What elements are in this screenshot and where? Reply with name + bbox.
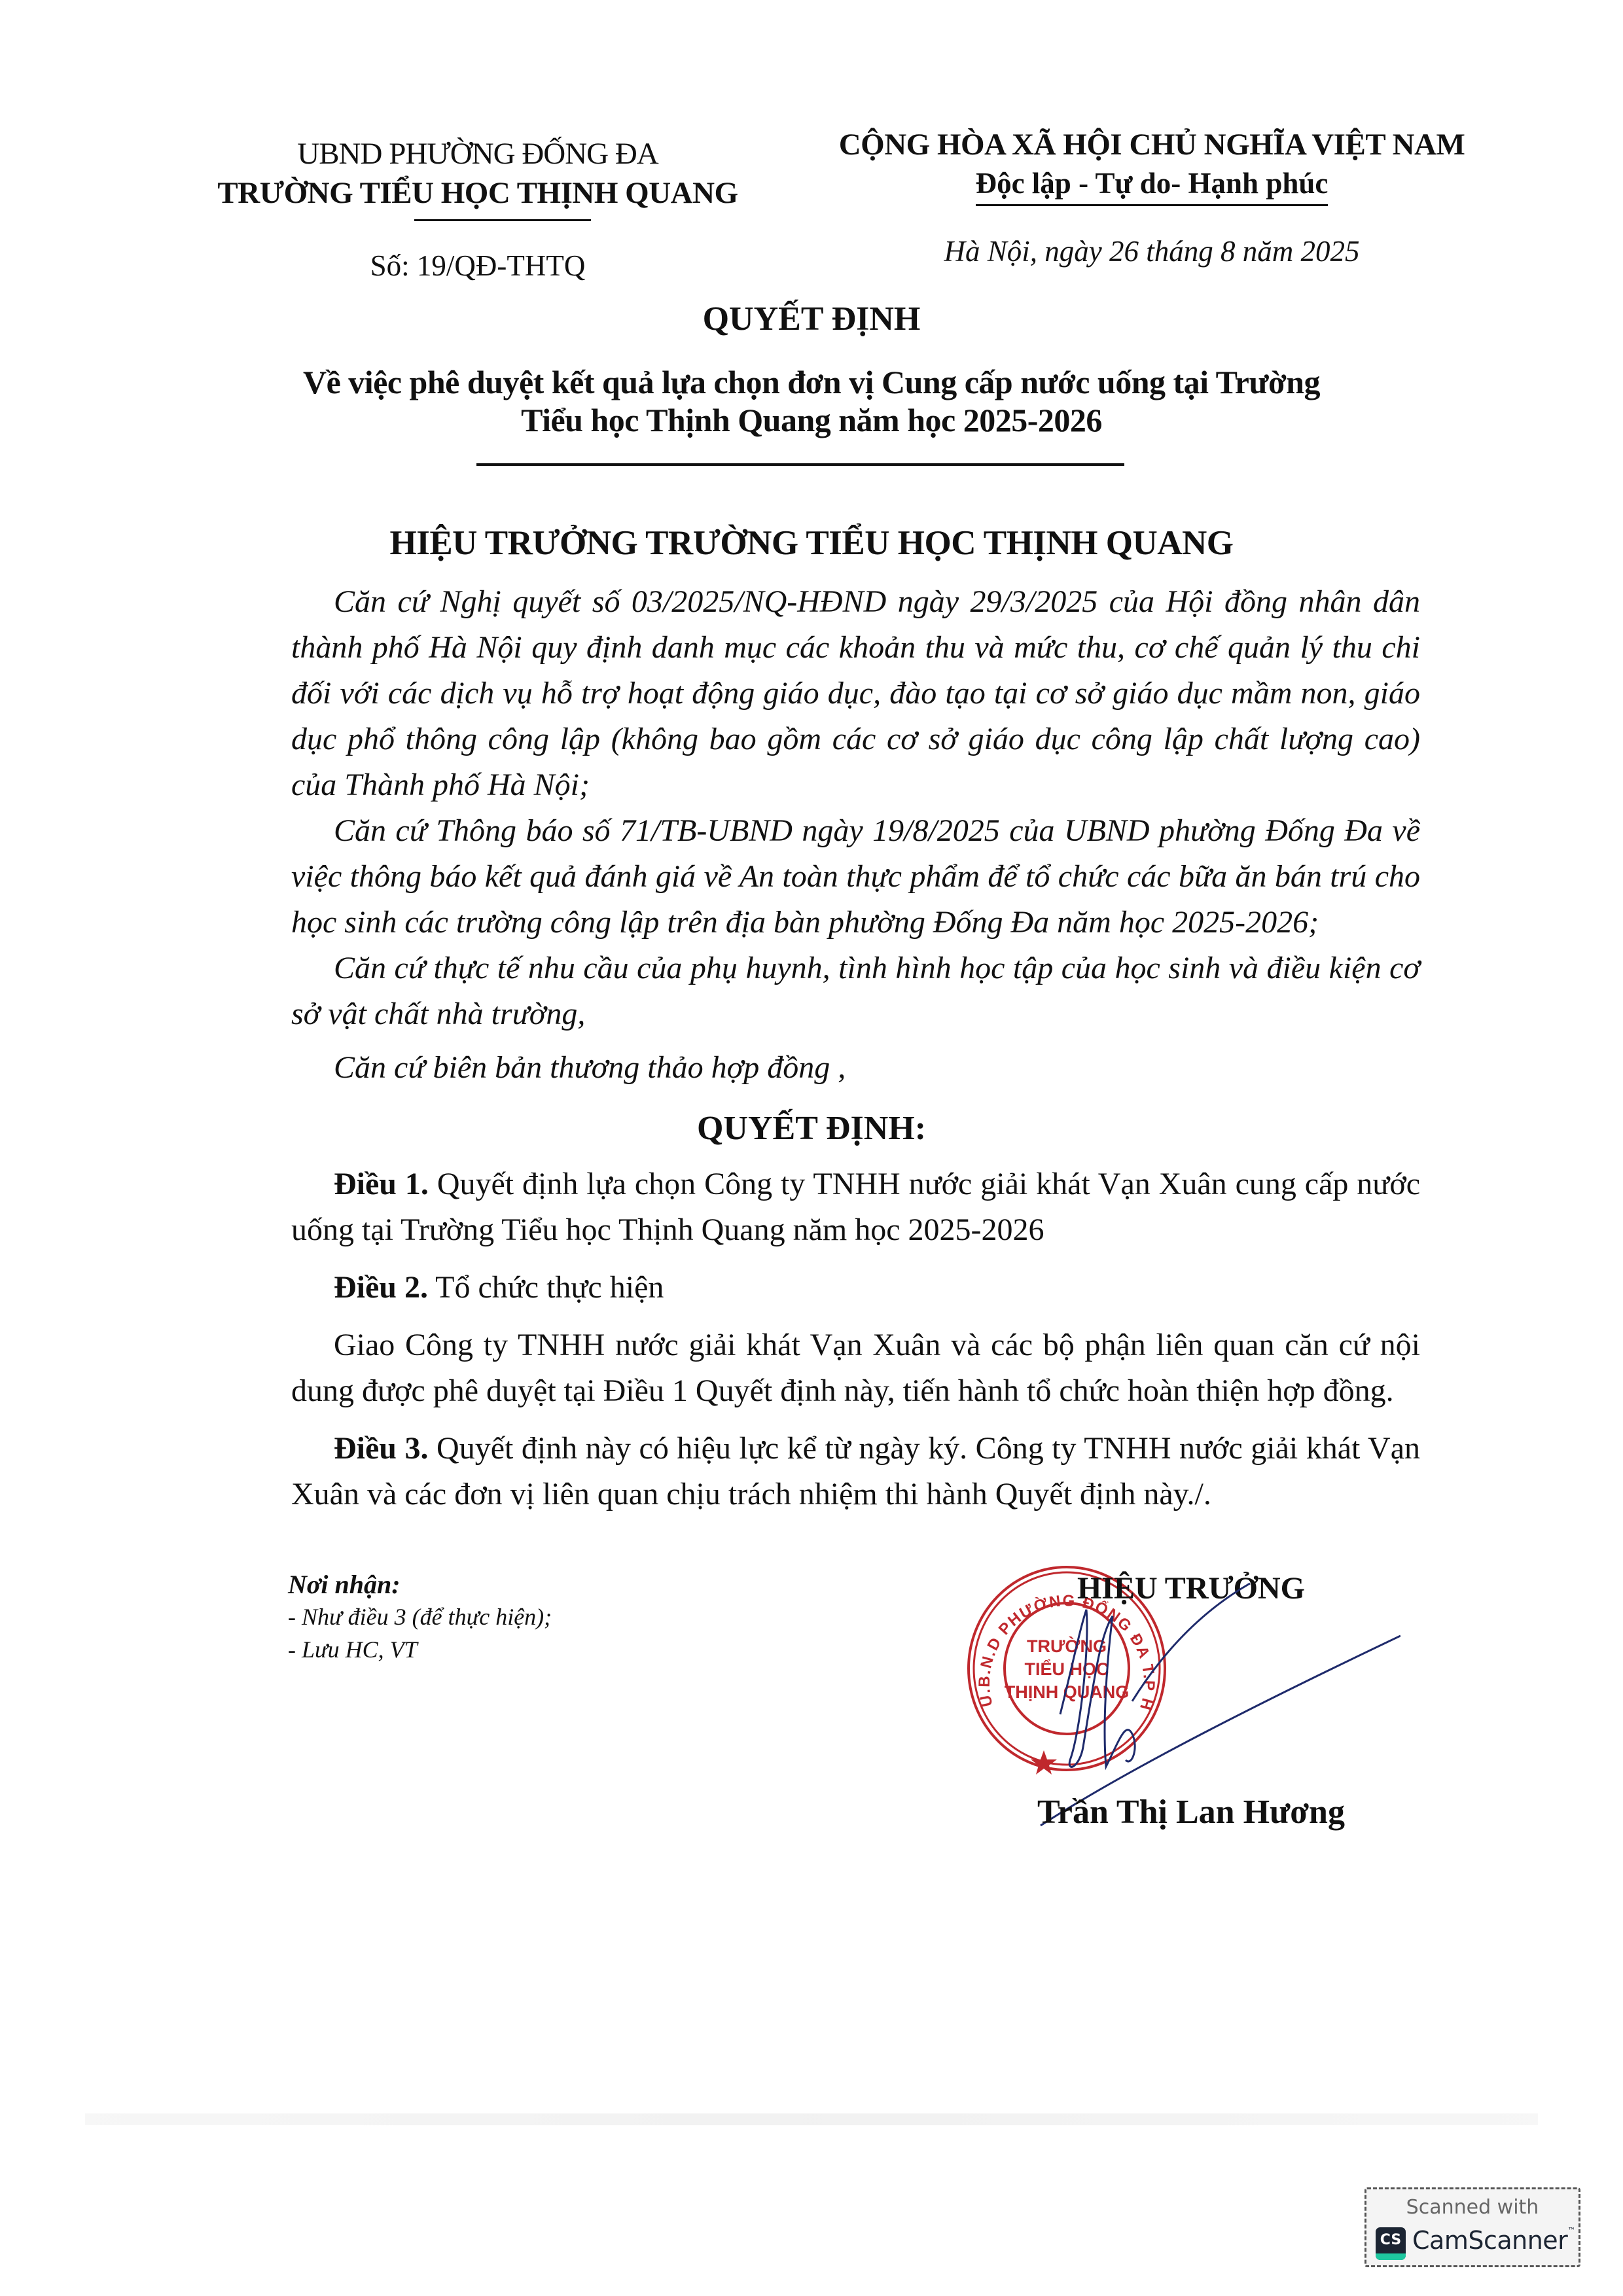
basis-item: Căn cứ Nghị quyết số 03/2025/NQ-HĐND ngà…	[291, 579, 1420, 808]
agency-underline	[414, 219, 591, 221]
basis-item: Căn cứ thực tế nhu cầu của phụ huynh, tì…	[291, 945, 1420, 1037]
article-label: Điều 2.	[334, 1270, 428, 1305]
document-title: QUYẾT ĐỊNH	[196, 300, 1427, 338]
camscanner-logo-icon: CS	[1376, 2227, 1406, 2260]
camscanner-watermark: Scanned with CS CamScanner™	[1364, 2187, 1580, 2267]
recipients-heading: Nơi nhận:	[288, 1569, 746, 1600]
article-text: Tổ chức thực hiện	[428, 1270, 664, 1305]
article-2: Điều 2. Tổ chức thực hiện	[291, 1265, 1420, 1311]
article-text: Quyết định lựa chọn Công ty TNHH nước gi…	[291, 1167, 1420, 1247]
article-text: Quyết định này có hiệu lực kể từ ngày ký…	[291, 1431, 1420, 1511]
basis-item: Căn cứ biên bản thương thảo hợp đồng ,	[291, 1045, 1420, 1091]
national-header: CỘNG HÒA XÃ HỘI CHỦ NGHĨA VIỆT NAM Độc l…	[805, 124, 1499, 206]
school-name: TRƯỜNG TIỂU HỌC THỊNH QUANG	[196, 173, 759, 213]
watermark-brand: CamScanner™	[1412, 2226, 1575, 2255]
recipients-block: Nơi nhận: - Như điều 3 (để thực hiện); -…	[288, 1569, 746, 1666]
national-motto: Độc lập - Tự do- Hạnh phúc	[976, 165, 1329, 206]
issuing-agency-block: UBND PHƯỜNG ĐỐNG ĐA TRƯỜNG TIỂU HỌC THỊN…	[196, 134, 759, 221]
scan-artifact	[85, 2113, 1538, 2125]
article-1: Điều 1. Quyết định lựa chọn Công ty TNHH…	[291, 1161, 1420, 1253]
article-2-detail: Giao Công ty TNHH nước giải khát Vạn Xuâ…	[291, 1322, 1420, 1414]
article-label: Điều 1.	[334, 1167, 429, 1201]
subtitle-line: Về việc phê duyệt kết quả lựa chọn đơn v…	[196, 363, 1427, 401]
issue-date: Hà Nội, ngày 26 tháng 8 năm 2025	[805, 234, 1499, 268]
article-label: Điều 3.	[334, 1431, 429, 1466]
recipient-item: - Lưu HC, VT	[288, 1633, 746, 1666]
signatory-name: Trần Thị Lan Hương	[995, 1793, 1387, 1831]
article-text: Giao Công ty TNHH nước giải khát Vạn Xuâ…	[291, 1328, 1420, 1408]
article-3: Điều 3. Quyết định này có hiệu lực kể từ…	[291, 1426, 1420, 1517]
issuing-authority: HIỆU TRƯỞNG TRƯỜNG TIỂU HỌC THỊNH QUANG	[196, 523, 1427, 563]
country-name: CỘNG HÒA XÃ HỘI CHỦ NGHĨA VIỆT NAM	[805, 124, 1499, 165]
document-subtitle: Về việc phê duyệt kết quả lựa chọn đơn v…	[196, 363, 1427, 439]
document-number: Số: 19/QĐ-THTQ	[196, 249, 759, 283]
subtitle-line: Tiểu học Thịnh Quang năm học 2025-2026	[196, 401, 1427, 439]
basis-item: Căn cứ Thông báo số 71/TB-UBND ngày 19/8…	[291, 808, 1420, 945]
recipient-item: - Như điều 3 (để thực hiện);	[288, 1600, 746, 1633]
legal-basis: Căn cứ Nghị quyết số 03/2025/NQ-HĐND ngà…	[291, 579, 1420, 1091]
watermark-caption: Scanned with	[1366, 2196, 1578, 2219]
articles: Điều 1. Quyết định lựa chọn Công ty TNHH…	[291, 1161, 1420, 1529]
decision-heading: QUYẾT ĐỊNH:	[196, 1109, 1427, 1148]
title-divider	[476, 463, 1124, 466]
agency-name: UBND PHƯỜNG ĐỐNG ĐA	[196, 134, 759, 173]
